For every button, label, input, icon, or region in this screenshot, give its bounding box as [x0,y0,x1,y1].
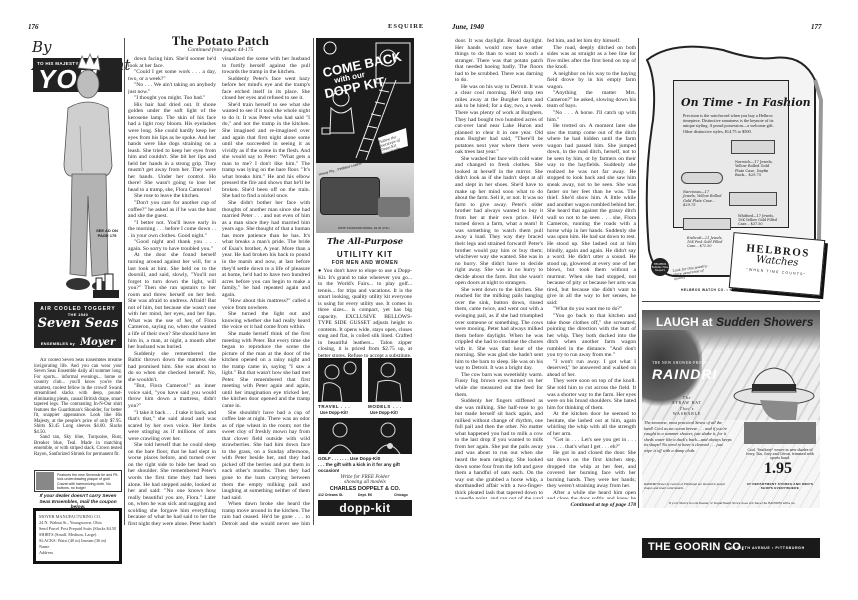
colors-note: Cool, "feathery" weave in new shades of … [746,448,814,460]
raindri-ad: LAUGH at Sudden Showers THE NEW SHOWER-P… [642,310,820,420]
paragraph: visualized the scene with her husband to… [222,56,310,76]
paragraph: She washed her face with cold water and … [455,156,543,287]
washable-text: WASHABLE [662,411,712,416]
model-caption: DOPP STANDARD MODEL, $3.45 (LTD.) [338,226,390,230]
ad-divider [642,301,820,302]
dopp-kit-photo: Heavy Ply... Pebbled Leather DOPP STANDA… [316,163,414,233]
laugh-at: LAUGH at [656,315,713,329]
dopp-city: Chicago [394,493,408,497]
paragraph: "No . . . A horse. I'll catch up with hi… [547,110,636,123]
story-column-4: fed him, and let him dry himself. The ro… [547,38,636,499]
seven-seas-logo-box: AIR COOLED TOGGERY THE 1940 Seven Seas E… [34,302,122,348]
coupon-slacks[interactable]: SLACKS: Waist (40 in) Inseam (36 in) [39,538,116,544]
watch-desc-norwich: Norwich—17 Jewels, Yellow Rolled Gold Pl… [735,160,777,177]
raindri-brand: RAINDRI [652,366,717,382]
seven-seas-ad: By Appointment TO HIS MAJESTY YOU SEE AD… [30,38,122,598]
shower-proof-kicker: THE NEW SHOWER-PROOF [652,361,707,365]
dopp-kit-logo: dopp-kit [318,500,412,516]
ensembles-by: ENSEMBLES by [41,341,75,346]
paragraph: A neighbor on his way to the haying fiel… [547,71,636,91]
paragraph: Suddenly Peter's face went hazy before h… [222,76,310,102]
sudden-showers: Sudden Showers [716,315,813,329]
paragraph: She didn't bother her face with thoughts… [222,200,310,298]
paragraph: "I better not. You'll leave early in the… [128,220,216,240]
raindri-headline: LAUGH at Sudden Showers [656,315,813,329]
golf-label: GOLF . . . . . . . Use Dopp-Kit! [318,456,412,462]
goorin-address: 905 FIFTH AVENUE • PITTSBURGH [728,546,805,550]
watch-endicott [683,218,731,230]
crowned-man-illustration [48,46,122,296]
tie-image [36,472,54,490]
order-coupon[interactable]: MOYER MANUFACTURING CO. 24 N. Walnut St.… [33,508,122,564]
paragraph: Suddenly she remembered the Baltic throw… [128,351,216,384]
paragraph: She shouldn't have had a cup of coffee l… [222,410,310,502]
moyer-brand: Moyer [80,337,115,348]
story-column-3: door. It was daylight. Broad daylight. H… [455,38,543,499]
raindri-price: 1.95 [764,460,792,478]
continued-from: Continued from pages 44-175 [128,47,313,53]
use-dopp-kit-1: Use Dopp-Kit! [320,410,348,415]
use-dopp-kit-2: Use Dopp-Kit! [370,410,398,415]
paragraph: She turned the light out and knowing whe… [222,311,310,331]
story-column-2: visualized the scene with her husband to… [222,56,310,526]
utility-kit-heading: UTILITY KIT [316,250,414,259]
body-para-1: Air cooled Seven Seas Ensembles breathe … [34,358,122,435]
magazine-title: ESQUIRE [388,23,424,30]
paragraph: She made herself think of the first meet… [222,331,310,410]
paragraph: "Get in . . . Let's see you get in . . .… [547,437,636,450]
see-ad-note: SEE AD ON PAGE 175 [92,228,122,238]
models-illustration [368,358,412,402]
for-men-and-women: FOR MEN AND WOMEN [316,260,414,266]
paragraph: "Anything the matter Mrs. Cameron?" he a… [547,90,636,110]
watch-desc-whitford: Whitford—17 Jewels, 10K Yellow Gold Fill… [738,214,782,226]
straw-hat-tagline: The STRAW HAT That's WASHABLE [662,395,712,417]
dealer-contact-note: If your Men's Goods Dealer or Department… [652,501,812,505]
watch-oval [681,172,723,184]
paragraph: "No . . . We ain't taking on anybody jus… [128,82,216,95]
paragraph: His hair had dried out. It shone golden … [128,102,216,194]
paragraph: The cow barn was sweetishly warm. Fussy … [455,372,543,398]
watch-narcissus [729,192,777,206]
story-column-1: down facing him. She'd sooner he'd look … [128,56,216,526]
column-rule [313,38,314,525]
helbros-headline: On Time - In Fashion [681,96,811,109]
column-rule [124,38,125,525]
dopp-body: ● You don't have to elope to use a Dopp-… [318,268,412,359]
man-photo-lower [744,422,816,444]
paragraph: They were soon on top of the knoll. She … [547,378,636,411]
paragraph: Suddenly her fingers stiffened as she wa… [455,398,543,499]
paragraph: At the door she found herself turning ar… [128,252,216,350]
castle-icon [93,268,119,298]
helbros-footer: HELBROS WATCH CO. • NEW YORK [681,288,752,292]
watch-desc-narcissus: Narcissus—17 Jewels, Yellow Rolled Gold … [683,190,723,207]
tie-note: Features the new Sevenski tie and Pit-lo… [57,473,121,490]
seven-seas-brand: Seven Seas [34,317,122,330]
gift-tagline: . . . the gift with a kick in it for any… [318,462,412,473]
paragraph: The road, deeply ditched on both sides w… [547,45,636,71]
dopp-street: 412 Orleans St. [318,493,343,497]
paragraph: She'd train herself to see what she want… [222,102,310,200]
paragraph: She went down to the kitchen. She reache… [455,287,543,372]
helbros-logo-card: HELBROS Watches "WHEN TIME COUNTS" [729,232,826,296]
paragraph: "How about this mattress?" called a voic… [222,298,310,311]
paragraph: "I won't run away. I got what I deserved… [547,359,636,379]
raindri-fine-print: RAINDRI Straws by Goorin of Pittsburgh a… [644,482,732,490]
column-rule [638,38,639,508]
paragraph: "I thought you might. Too bad." [128,95,216,102]
paragraph: "You go back to that kitchen and take th… [547,313,636,359]
continued-to: Continued at top of page 178 [540,502,636,508]
paragraph: He trotted on. A moment later she saw th… [547,123,636,306]
dopp-company: CHARLES DOPPELT & CO. [316,486,414,492]
paragraph: "Good night and thank you . . . again. S… [128,239,216,252]
man-in-straw-hat [726,362,816,420]
dopp-kit-ad: COME BACK with our DOPP KIT Follow the f… [316,38,414,518]
paragraph: When dawn broke she heard the tramp move… [222,501,310,526]
raindri-body-area: The smartest, most practical Straw of al… [642,420,820,508]
paragraph: "But, Flora Cameron!" an inner voice sai… [128,383,216,409]
paragraph: "Don't you care for another cup of coffe… [128,200,216,220]
paragraph: He was on his way to Detroit. It was a c… [455,84,543,156]
travel-illustration [318,358,362,402]
raindri-body: The smartest, most practical Straw of al… [644,420,732,454]
paragraph: "I take it back . . . I take it back, an… [128,410,216,443]
dopp-illustration: COME BACK with our DOPP KIT Follow the f… [316,38,414,163]
seven-seas-body: Air cooled Seven Seas Ensembles breathe … [34,358,122,457]
paragraph: He got in and closed the door. She sat d… [547,450,636,489]
coupon-address-field[interactable]: Address [39,550,116,556]
paragraph: After a while she heard him open and clo… [547,490,636,499]
goorin-footer: THE GOORIN CO. 905 FIFTH AVENUE • PITTSB… [642,538,820,558]
paragraph: "Could I get some work . . . a day, two,… [128,69,216,82]
page-number-right: 177 [811,23,822,31]
helbros-seal: HELBROS Reliable Time Keepers [651,258,669,276]
tie-feature-box: Features the new Sevenski tie and Pit-lo… [34,470,122,492]
kit-accessory [378,197,410,217]
where-to-buy: AT DEPARTMENT STORES AND MEN'S SHOPS EVE… [746,482,814,490]
watch-desc-endicott: Endicott—21 Jewels, 10K Pink Gold Filled… [687,236,727,248]
all-purpose-script: The All-Purpose [316,237,414,247]
watch-norwich [731,140,775,154]
paragraph: door. It was daylight. Broad daylight. H… [455,38,543,84]
paragraph: down facing him. She'd sooner he'd look … [128,56,216,69]
dopp-dept: Dept. E6 [358,493,372,497]
helbros-ad: On Time - In Fashion Precision is the wa… [643,40,823,298]
paragraph: She told herself that he could sleep on … [128,442,216,526]
kit-bag-image [320,177,380,215]
models-label: MODELS . . . [368,404,412,409]
page-number-left: 176 [28,23,39,31]
paragraph: At the kitchen door he seemed to hesitat… [547,411,636,437]
issue-date: June, 1940 [452,23,484,31]
travel-label: TRAVEL . . . [318,404,362,409]
golf-illustration [318,418,412,454]
free-folder-offer[interactable]: Write for FREE Folder showing all models [334,475,396,485]
kit-tag: Heavy Ply... Pebbled Leather [318,161,363,177]
helbros-body: Precision is the watchword when you buy … [683,113,776,134]
body-para-2: Sand tan, Sky blue, Turquoise, Rust, Bre… [34,435,122,457]
